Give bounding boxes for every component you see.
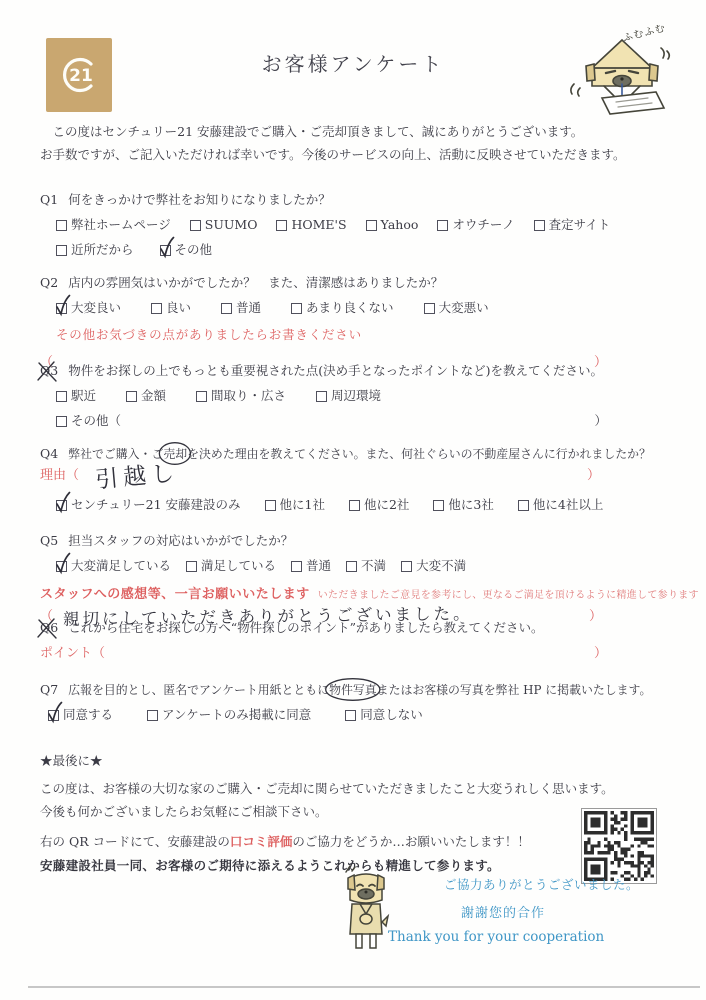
- option-label: 大変悪い: [439, 298, 489, 316]
- option-label: 駅近: [71, 386, 96, 404]
- option: 他に3社: [433, 495, 493, 513]
- option: Yahoo: [366, 217, 419, 232]
- option-label: 同意する: [63, 705, 113, 723]
- comment-prompt-sub: いただきましたご意見を参考にし、更なるご満足を頂けるように精進して参ります: [318, 586, 699, 601]
- option: 普通: [221, 298, 261, 316]
- handwritten-check-icon: [54, 552, 71, 575]
- thanks-chinese: 謝謝您的合作: [461, 902, 545, 921]
- option-label: あまり良くない: [306, 298, 394, 316]
- option: 大変良い: [56, 298, 121, 316]
- closing-line1: この度は、お客様の大切な家のご購入・ご売却に関らせていただきましたこと大変うれし…: [40, 777, 672, 800]
- option-label: 普通: [236, 298, 261, 316]
- thanks-english: Thank you for your cooperation: [388, 929, 604, 945]
- options-row: 大変良い 良い 普通 あまり良くない 大変悪い: [56, 298, 672, 316]
- handwritten-check-icon: [46, 701, 63, 724]
- checkbox[interactable]: [401, 561, 412, 572]
- checkbox[interactable]: [48, 710, 59, 721]
- question-text: 広報を目的とし、匿名でアンケート用紙とともに物件写真またはお客様の写真を弊社 H…: [68, 681, 651, 698]
- options-row: 同意する アンケートのみ掲載に同意 同意しない: [48, 705, 672, 723]
- option: 間取り・広さ: [196, 386, 286, 404]
- checkbox[interactable]: [437, 220, 448, 231]
- checkbox[interactable]: [56, 500, 67, 511]
- option: 他に2社: [349, 495, 409, 513]
- option-label: 周辺環境: [331, 386, 381, 404]
- handwritten-circle-icon: [324, 676, 382, 703]
- option: 近所だから: [56, 240, 134, 258]
- checkbox[interactable]: [518, 500, 529, 511]
- intro-line1: この度はセンチュリー21 安藤建設でご購入・ご売却頂きまして、誠にありがとうござ…: [40, 121, 672, 144]
- handwritten-x-mark: [35, 618, 59, 639]
- option: 周辺環境: [316, 386, 381, 404]
- checkbox[interactable]: [346, 561, 357, 572]
- option: 査定サイト: [534, 215, 611, 233]
- paren-close: ）: [587, 464, 600, 483]
- option: その他 （: [56, 411, 121, 429]
- checkbox[interactable]: [190, 220, 201, 231]
- option: センチュリー21 安藤建設のみ: [56, 495, 241, 513]
- question-header: Q6 これから住宅をお探しの方へ“物件探しのポイント”がありましたら教えてくださ…: [40, 618, 672, 636]
- question-block-q5: Q5 担当スタッフの対応はいかがでしたか？ 大変満足している 満足している 普通…: [40, 531, 672, 627]
- intro-paragraph: この度はセンチュリー21 安藤建設でご購入・ご売却頂きまして、誠にありがとうござ…: [40, 121, 672, 167]
- options-row: 駅近 金額 間取り・広さ 周辺環境: [56, 386, 672, 404]
- qr-code-icon: [584, 811, 654, 881]
- question-header: Q3 物件をお探しの上でもっとも重要視された点(決め手となったポイントなど)を教…: [40, 361, 672, 379]
- checkbox[interactable]: [291, 303, 302, 314]
- checkbox[interactable]: [56, 391, 67, 402]
- option-label: 弊社ホームページ: [71, 215, 171, 233]
- option-label: HOME'S: [291, 217, 346, 232]
- option-label: 金額: [141, 386, 166, 404]
- question-number: Q5: [40, 533, 58, 548]
- option: 不満: [346, 556, 386, 574]
- question-number: Q4: [40, 446, 58, 461]
- checkbox[interactable]: [276, 220, 287, 231]
- comment-prompt: スタッフへの感想等、一言お願いいたします: [40, 583, 310, 602]
- question-header: Q7 広報を目的とし、匿名でアンケート用紙とともに物件写真またはお客様の写真を弊…: [40, 681, 672, 698]
- bowing-dog-icon: [338, 864, 394, 970]
- option-label: 査定サイト: [549, 215, 611, 233]
- option: 他に4社以上: [518, 495, 603, 513]
- question-text: これから住宅をお探しの方へ“物件探しのポイント”がありましたら教えてください。: [68, 618, 543, 636]
- option: 良い: [151, 298, 191, 316]
- checkbox[interactable]: [196, 391, 207, 402]
- handwritten-check-icon: [158, 236, 175, 259]
- option-label: 満足している: [201, 556, 276, 574]
- option-label: 大変不満: [416, 556, 466, 574]
- question-header: Q1 何をきっかけで弊社をお知りになりましたか？: [40, 190, 672, 208]
- checkbox[interactable]: [56, 303, 67, 314]
- checkbox[interactable]: [345, 710, 356, 721]
- scan-edge-line: [28, 986, 700, 988]
- option-label: オウチーノ: [452, 215, 514, 233]
- checkbox[interactable]: [56, 220, 67, 231]
- question-number: Q1: [40, 192, 58, 207]
- option: 大変不満: [401, 556, 466, 574]
- option: その他: [160, 240, 213, 258]
- option-label: 大変満足している: [71, 556, 171, 574]
- paren-open: （: [109, 411, 122, 429]
- question-text: 店内の雰囲気はいかがでしたか？ また、清潔感はありましたか？: [68, 273, 443, 291]
- other-option-row: その他 （ ）: [56, 411, 607, 429]
- checkbox[interactable]: [56, 245, 67, 256]
- option-label: 他に2社: [364, 495, 409, 513]
- reason-label: 理由（: [40, 464, 79, 483]
- option-label: センチュリー21 安藤建設のみ: [71, 495, 241, 513]
- options-row: 大変満足している 満足している 普通 不満 大変不満: [56, 556, 672, 574]
- option-label: 他に3社: [448, 495, 493, 513]
- option-label: 大変良い: [71, 298, 121, 316]
- checkbox[interactable]: [56, 561, 67, 572]
- question-number: Q6: [40, 620, 58, 635]
- qr-request-line1: 右の QR コードにて、安藤建設の口コミ評価のご協力をどうか…お願いいたします！…: [40, 830, 580, 854]
- qr-code: [581, 808, 657, 884]
- question-block-q2: Q2 店内の雰囲気はいかがでしたか？ また、清潔感はありましたか？ 大変良い 良…: [40, 273, 672, 370]
- checkbox[interactable]: [424, 303, 435, 314]
- question-block-q3: Q3 物件をお探しの上でもっとも重要視された点(決め手となったポイントなど)を教…: [40, 361, 672, 429]
- handwritten-check-icon: [54, 294, 71, 317]
- option: SUUMO: [190, 217, 258, 232]
- option-label: 同意しない: [360, 705, 423, 723]
- question-number: Q2: [40, 275, 58, 290]
- closing-title: ★最後に★: [40, 749, 672, 772]
- question-text: 担当スタッフの対応はいかがでしたか？: [68, 531, 293, 549]
- option-label: SUUMO: [205, 217, 258, 232]
- point-label: ポイント（: [40, 642, 105, 661]
- checkbox[interactable]: [186, 561, 197, 572]
- option-label: 普通: [306, 556, 331, 574]
- question-text: 何をきっかけで弊社をお知りになりましたか？: [68, 190, 331, 208]
- options-row: 弊社ホームページ SUUMO HOME'S Yahoo オウチーノ 査定サイト: [56, 215, 672, 233]
- option-label: その他: [175, 240, 213, 258]
- option: 金額: [126, 386, 166, 404]
- checkbox[interactable]: [534, 220, 545, 231]
- checkbox[interactable]: [366, 220, 377, 231]
- option-label: 不満: [361, 556, 386, 574]
- option-label: 他に4社以上: [533, 495, 603, 513]
- checkbox[interactable]: [265, 500, 276, 511]
- option-label: 間取り・広さ: [211, 386, 286, 404]
- thanks-japanese: ご協力ありがとうございました。: [444, 875, 639, 893]
- checkbox[interactable]: [160, 245, 171, 256]
- review-highlight: 口コミ評価: [230, 834, 293, 849]
- option: あまり良くない: [291, 298, 394, 316]
- paren-close: ）: [594, 411, 607, 429]
- option: HOME'S: [276, 217, 346, 232]
- option: 大変満足している: [56, 556, 171, 574]
- option: 同意しない: [345, 705, 423, 723]
- option-label: 近所だから: [71, 240, 134, 258]
- option-label: Yahoo: [381, 217, 419, 232]
- question-number: Q3: [40, 363, 58, 378]
- circled-word: 物件写真: [329, 681, 377, 698]
- option: 同意する: [48, 705, 113, 723]
- checkbox[interactable]: [56, 416, 67, 427]
- option: 普通: [291, 556, 331, 574]
- checkbox[interactable]: [221, 303, 232, 314]
- point-blank[interactable]: ポイント（ ）: [40, 642, 607, 661]
- checkbox[interactable]: [151, 303, 162, 314]
- paren-close: ）: [594, 642, 607, 661]
- question-header: Q2 店内の雰囲気はいかがでしたか？ また、清潔感はありましたか？: [40, 273, 672, 291]
- closing-line2: 今後も何かございましたらお気軽にご相談下さい。: [40, 800, 672, 823]
- handwritten-x-mark: [35, 361, 59, 382]
- checkbox[interactable]: [126, 391, 137, 402]
- option-label: その他: [71, 411, 109, 429]
- checkbox[interactable]: [316, 391, 327, 402]
- survey-sheet: 21 お客様アンケート ふむふむ: [0, 0, 706, 1000]
- option: 満足している: [186, 556, 276, 574]
- option: オウチーノ: [437, 215, 514, 233]
- checkbox[interactable]: [349, 500, 360, 511]
- option-label: 他に1社: [280, 495, 325, 513]
- option: 駅近: [56, 386, 96, 404]
- question-block-q7: Q7 広報を目的とし、匿名でアンケート用紙とともに物件写真またはお客様の写真を弊…: [40, 681, 672, 723]
- free-comment-prompt: その他お気づきの点がありましたらお書きください: [56, 325, 672, 343]
- handwritten-check-icon: [54, 491, 71, 514]
- question-number: Q7: [40, 682, 58, 697]
- checkbox[interactable]: [147, 710, 158, 721]
- option: アンケートのみ掲載に同意: [147, 705, 311, 723]
- options-row: 近所だから その他: [56, 240, 672, 258]
- comment-prompt-row: スタッフへの感想等、一言お願いいたします いただきましたご意見を参考にし、更なる…: [40, 583, 672, 602]
- reason-blank[interactable]: 理由（ 引越し ）: [40, 464, 600, 491]
- question-block-q6: Q6 これから住宅をお探しの方へ“物件探しのポイント”がありましたら教えてくださ…: [40, 618, 672, 661]
- qr-request-paragraph: 右の QR コードにて、安藤建設の口コミ評価のご協力をどうか…お願いいたします！…: [40, 830, 580, 879]
- question-header: Q5 担当スタッフの対応はいかがでしたか？: [40, 531, 672, 549]
- checkbox[interactable]: [433, 500, 444, 511]
- option: 弊社ホームページ: [56, 215, 171, 233]
- option-label: アンケートのみ掲載に同意: [162, 705, 311, 723]
- mascot-bowing-dog: [338, 864, 394, 970]
- options-row: センチュリー21 安藤建設のみ 他に1社 他に2社 他に3社 他に4社以上: [56, 495, 672, 513]
- closing-block: ★最後に★ この度は、お客様の大切な家のご購入・ご売却に関らせていただきましたこ…: [40, 749, 672, 823]
- option: 大変悪い: [424, 298, 489, 316]
- checkbox[interactable]: [291, 561, 302, 572]
- intro-line2: お手数ですが、ご記入いただければ幸いです。今後のサービスの向上、活動に反映させて…: [40, 144, 672, 167]
- question-block-q4: Q4 弊社でご購入・ご売却を決めた理由を教えてください。また、何社ぐらいの不動産…: [40, 445, 672, 513]
- question-text: 物件をお探しの上でもっとも重要視された点(決め手となったポイントなど)を教えてく…: [68, 361, 603, 379]
- option: 他に1社: [265, 495, 325, 513]
- question-block-q1: Q1 何をきっかけで弊社をお知りになりましたか？ 弊社ホームページ SUUMO …: [40, 190, 672, 258]
- handwritten-answer: 引越し: [94, 454, 181, 494]
- option-label: 良い: [166, 298, 191, 316]
